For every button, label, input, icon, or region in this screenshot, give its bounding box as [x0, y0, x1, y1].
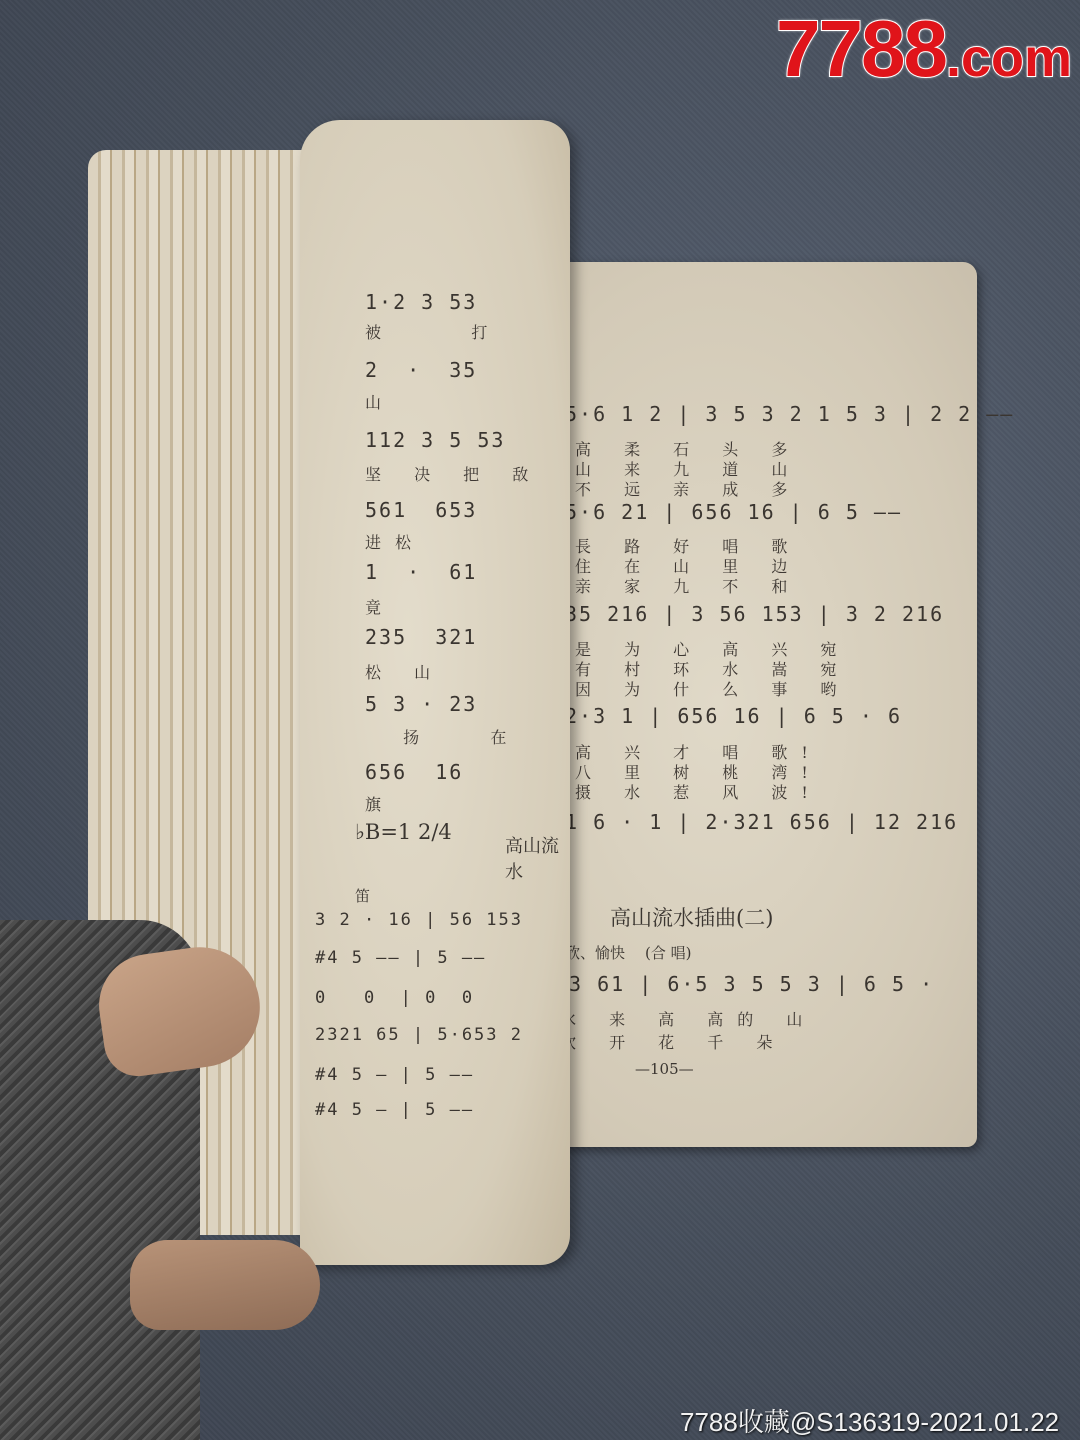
notation-row: 5 3 · 23	[365, 692, 477, 716]
right-page: 5·6 1 2 | 3 5 3 2 1 5 3 | 2 2 —— 高 柔 石 头…	[545, 262, 977, 1147]
lyric-line: 不 远 亲 成 多	[575, 477, 801, 500]
lyric-line: 进松	[365, 530, 425, 553]
lyric-line: 摄 水 惹 风 波!	[575, 780, 822, 803]
lyric-line: 水 来 高 高的 山	[560, 1007, 816, 1030]
notation-row: 561 653	[365, 498, 477, 522]
notation-row: 53 61 | 6·5 3 5 5 3 | 6 5 ·	[555, 972, 934, 996]
notation-row: 2 · 35	[365, 358, 477, 382]
finger	[130, 1240, 320, 1330]
notation-row: #4 5 — | 5 ——	[315, 1065, 474, 1085]
notation-row: 1·2 3 53	[365, 290, 477, 314]
page-number: —105—	[635, 1060, 694, 1078]
notation-row: #4 5 — | 5 ——	[315, 1100, 474, 1120]
notation-row: 2321 65 | 5·653 2	[315, 1025, 523, 1045]
lyric-line: 亲 家 九 不 和	[575, 574, 801, 597]
lyric-line: 扬 在	[365, 725, 520, 748]
notation-row: 2·3 1 | 656 16 | 6 5 · 6	[565, 704, 902, 728]
notation-row: 35 216 | 3 56 153 | 3 2 216	[565, 602, 944, 626]
footer-watermark: 7788收藏@S136319-2021.01.22	[680, 1402, 1059, 1439]
notation-row: #4 5 —— | 5 ——	[315, 948, 486, 968]
notation-row: 656 16	[365, 760, 463, 784]
lyric-line: 坚 决 把 敌	[365, 462, 542, 485]
section-title: 高山流水插曲(二)	[610, 902, 773, 932]
lyric-line: 因 为 什 么 事 哟	[575, 677, 850, 700]
key-signature: ♭B=1 2/4	[355, 820, 452, 844]
site-logo-watermark: 7788.com	[776, 4, 1072, 103]
notation-row: 112 3 5 53	[365, 428, 505, 452]
notation-row: 235 321	[365, 625, 477, 649]
notation-row: 5·6 1 2 | 3 5 3 2 1 5 3 | 2 2 ——	[565, 402, 1014, 426]
lyric-line: 旗	[365, 792, 395, 815]
notation-row: 1 · 61	[365, 560, 477, 584]
voice-marking: (合 唱)	[645, 942, 691, 963]
notation-row: 3 2 · 16 | 56 153	[315, 910, 523, 930]
notation-row: 5·6 21 | 656 16 | 6 5 ——	[565, 500, 902, 524]
lyric-line: 竟	[365, 595, 395, 618]
instrument-label: 笛	[355, 885, 370, 906]
notation-row: 1 6 · 1 | 2·321 656 | 12 216	[565, 810, 958, 834]
lyric-line: 吹 开 花 千 朵	[560, 1030, 786, 1053]
spine-title: 高山流水	[505, 832, 570, 884]
lyric-line: 被 打	[365, 320, 501, 343]
notation-row: 0 0 | 0 0	[315, 988, 474, 1008]
left-page: 1·2 3 53 被 打 2 · 35 山 112 3 5 53 坚 决 把 敌…	[300, 120, 570, 1265]
lyric-line: 山	[365, 390, 395, 413]
lyric-line: 松 山	[365, 660, 444, 683]
